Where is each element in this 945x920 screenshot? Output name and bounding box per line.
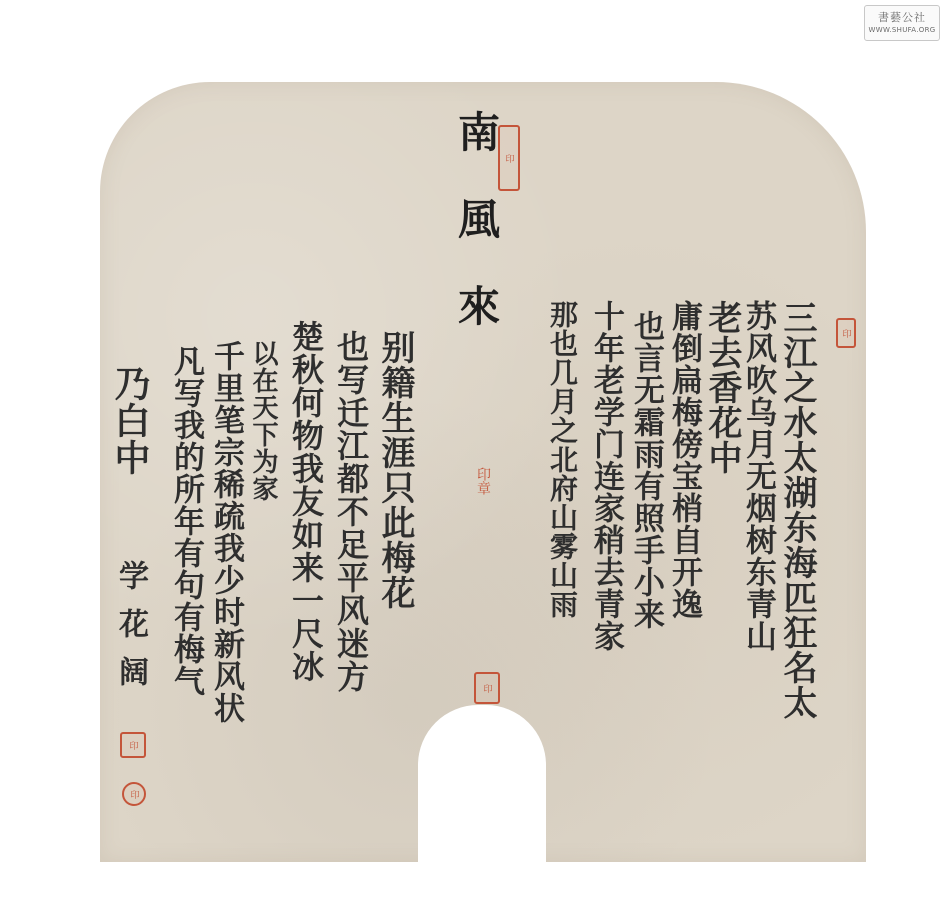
watermark-logo: 書藝公社 bbox=[865, 9, 939, 25]
right-column-2: 苏风吹乌月无烟树东青山 bbox=[742, 300, 773, 652]
watermark-url: WWW.SHUFA.ORG bbox=[865, 26, 939, 34]
left-column-4: 以在天下为家 bbox=[250, 340, 276, 502]
artwork-title: 南風來 bbox=[455, 110, 497, 371]
left-column-1: 别籍生涯只此梅花 bbox=[378, 330, 412, 610]
seal-bottom-center: 印 bbox=[474, 672, 500, 704]
left-column-name: 学花阔 bbox=[115, 560, 145, 704]
left-column-3: 楚秋何物我友如来一尺冰 bbox=[290, 320, 322, 683]
left-column-2: 也写迁江都不足平风迷方 bbox=[335, 330, 367, 693]
seal-title: 印 bbox=[498, 125, 520, 191]
paper-notch bbox=[418, 705, 546, 875]
right-column-1: 三江之水太湖东海匹狂名太 bbox=[780, 300, 814, 720]
left-column-signature: 乃白中 bbox=[112, 365, 148, 476]
right-column-7: 那也几月之北府山雾山雨 bbox=[548, 300, 576, 619]
right-column-6: 十年老学门连家稍去青家 bbox=[590, 300, 621, 652]
seal-right-top: 印 bbox=[836, 318, 856, 348]
right-column-4: 庸倒扁梅傍宝梢自开逸 bbox=[668, 300, 699, 620]
seal-center: 印章 bbox=[473, 450, 493, 512]
seal-left-square: 印 bbox=[120, 732, 146, 758]
seal-left-round: 印 bbox=[122, 782, 146, 806]
right-column-3: 老去香花中 bbox=[705, 300, 739, 475]
left-column-6: 凡写我的所年有句有梅气 bbox=[170, 345, 201, 697]
watermark-badge: 書藝公社 WWW.SHUFA.ORG bbox=[864, 5, 940, 41]
left-column-5: 千里笔宗稀疏我少时新风状 bbox=[210, 340, 241, 724]
right-column-5: 也言无霜雨有照手小来 bbox=[630, 310, 661, 630]
